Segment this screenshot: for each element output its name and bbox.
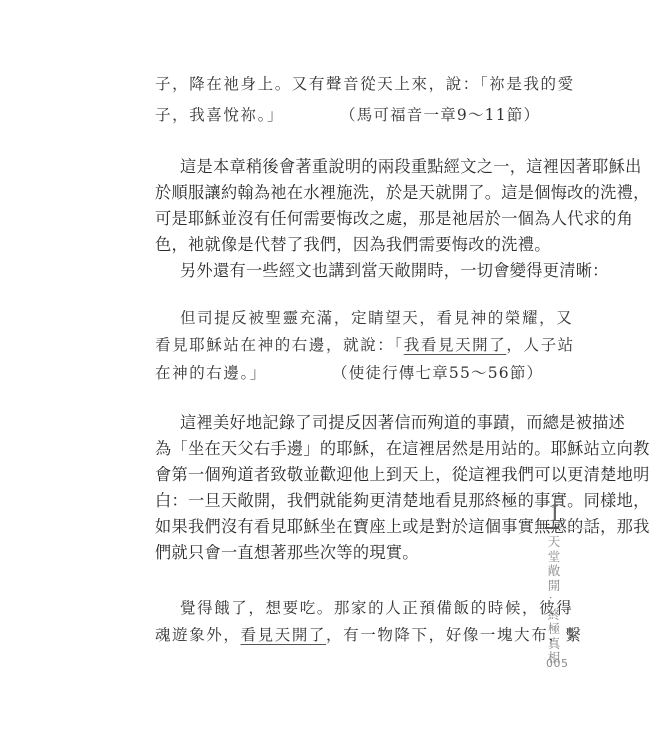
chapter-title-vertical: 天 堂 敞 開 ： 終 極 真 相 — [546, 535, 562, 666]
quote-line: 看見耶穌站在神的右邊，就說：「我看見天開了，人子站 — [155, 335, 575, 355]
paragraph-line: 們就只會一直想著那些次等的現實。 — [155, 543, 419, 563]
paragraph-line: 為「坐在天父右手邊」的耶穌，在這裡居然是用站的。耶穌站立向教 — [155, 439, 650, 459]
quote-line: 子，我喜悅祢。」 — [155, 105, 284, 125]
scripture-reference: （馬可福音一章9～11節） — [340, 105, 540, 125]
page-number: 005 — [546, 657, 569, 670]
paragraph-line: 另外還有一些經文也講到當天敞開時，一切會變得更清晰： — [180, 261, 609, 281]
quote-text: ，人子站 — [506, 336, 574, 354]
paragraph-line: 可是耶穌並沒有任何需要悔改之處，那是祂居於一個為人代求的角 — [155, 209, 633, 229]
underlined-emphasis: 我看見天開了 — [404, 336, 507, 354]
quote-line: 魂遊象外，看見天開了，有一物降下，好像一塊大布，繫 — [155, 625, 583, 645]
chapter-title-char: 敞 — [546, 564, 562, 579]
paragraph-line: 會第一個殉道者致敬並歡迎他上到天上，從這裡我們可以更清楚地明 — [155, 465, 650, 485]
chapter-title-char: 天 — [546, 535, 562, 550]
paragraph-line: 色，祂就像是代替了我們，因為我們需要悔改的洗禮。 — [155, 235, 551, 255]
paragraph-line: 白：一旦天敞開，我們就能夠更清楚地看見那終極的事實。同樣地， — [155, 491, 650, 511]
paragraph-line: 於順服讓約翰為祂在水裡施洗，於是天就開了。這是個悔改的洗禮， — [155, 183, 650, 203]
paragraph-line: 這是本章稍後會著重說明的兩段重點經文之一，這裡因著耶穌出 — [180, 157, 642, 177]
chapter-title-char: 開 — [546, 579, 562, 594]
chapter-title-char: 終 — [546, 608, 562, 623]
chapter-title-char: 堂 — [546, 550, 562, 565]
scripture-reference: （使徒行傳七章55～56節） — [332, 363, 543, 383]
paragraph-line: 這裡美好地記錄了司提反因著信而殉道的事蹟，而總是被描述 — [180, 413, 625, 433]
quote-text: ，有一物降下，好像一塊大布，繫 — [326, 626, 583, 644]
chapter-title-char: ： — [546, 593, 562, 608]
underlined-emphasis: 看見天開了 — [241, 626, 327, 644]
chapter-number: 1 — [548, 499, 561, 527]
paragraph-line: 如果我們沒有看見耶穌坐在寶座上或是對於這個事實無感的話，那我 — [155, 517, 650, 537]
quote-line: 子，降在祂身上。又有聲音從天上來，說：「祢是我的愛 — [155, 74, 575, 94]
chapter-divider-accent — [545, 527, 559, 529]
chapter-title-char: 極 — [546, 622, 562, 637]
quote-text: 魂遊象外， — [155, 626, 241, 644]
quote-line: 在神的右邊。」 — [155, 363, 267, 383]
quote-text: 看見耶穌站在神的右邊，就說：「 — [155, 336, 404, 354]
quote-line: 覺得餓了，想要吃。那家的人正預備飯的時候，彼得 — [180, 598, 573, 618]
quote-line: 但司提反被聖靈充滿，定睛望天，看見神的榮耀，又 — [180, 308, 573, 328]
chapter-title-char: 真 — [546, 637, 562, 652]
